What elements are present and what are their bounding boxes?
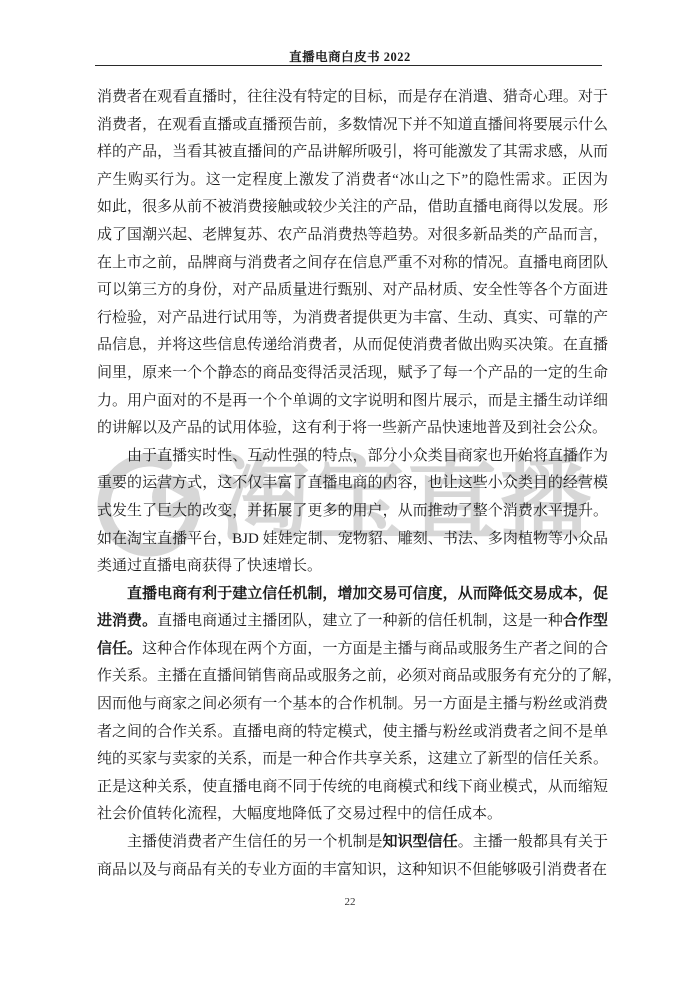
text-segment-bold: 知识型信任 (383, 834, 458, 850)
text-segment: 商品以及与商品有关的专业方面的丰富知识，这种知识不但能够吸引消费者在 (97, 862, 607, 878)
text-line: 社会价值转化流程，大幅度地降低了交易过程中的信任成本。 (97, 801, 608, 829)
text-line: 由于直播实时性、互动性强的特点，部分小众类目商家也开始将直播作为 (97, 443, 608, 471)
text-segment: 消费者在观看直播时，往往没有特定的目标，而是存在消遣、猎奇心理。对于 (97, 89, 608, 105)
text-line: 信任。这种合作体现在两个方面，一方面是主播与商品或服务生产者之间的合 (97, 636, 608, 664)
text-segment: 品信息，并将这些信息传递给消费者，从而促使消费者做出购买决策。在直播 (97, 337, 608, 353)
text-segment: 重要的运营方式，这不仅丰富了直播电商的内容，也让这些小众类目的经营模 (97, 475, 608, 491)
text-segment-bold: 进消费。 (97, 613, 157, 629)
text-line: 商品以及与商品有关的专业方面的丰富知识，这种知识不但能够吸引消费者在 (97, 857, 608, 885)
text-line: 行检验，对产品进行试用等，为消费者提供更为丰富、生动、真实、可靠的产 (97, 305, 608, 333)
text-line: 力。用户面对的不是再一个个单调的文字说明和图片展示，而是主播生动详细 (97, 388, 608, 416)
document-page: 淘宝直播 直播电商白皮书 2022 消费者在观看直播时，往往没有特定的目标，而是… (0, 0, 700, 990)
text-segment: 成了国潮兴起、老牌复苏、农产品消费热等趋势。对很多新品类的产品而言， (97, 227, 608, 243)
text-line: 品信息，并将这些信息传递给消费者，从而促使消费者做出购买决策。在直播 (97, 332, 608, 360)
text-segment: 主播使消费者产生信任的另一个机制是 (127, 834, 383, 850)
text-segment: 直播电商通过主播团队，建立了一种新的信任机制，这是一种 (157, 613, 563, 629)
text-segment: 这种合作体现在两个方面，一方面是主播与商品或服务生产者之间的合 (142, 641, 608, 657)
text-line: 如此，很多从前不被消费接触或较少关注的产品，借助直播电商得以发展。形 (97, 194, 608, 222)
text-segment: 社会价值转化流程，大幅度地降低了交易过程中的信任成本。 (97, 806, 502, 822)
text-segment: 者之间的合作关系。直播电商的特定模式，使主播与粉丝或消费者之间不是单 (97, 724, 608, 740)
header-rule (95, 65, 602, 66)
text-segment: 如此，很多从前不被消费接触或较少关注的产品，借助直播电商得以发展。形 (97, 199, 608, 215)
text-line: 者之间的合作关系。直播电商的特定模式，使主播与粉丝或消费者之间不是单 (97, 719, 608, 747)
text-line: 主播使消费者产生信任的另一个机制是知识型信任。主播一般都具有关于 (97, 829, 608, 857)
text-line: 消费者，在观看直播或直播预告前，多数情况下并不知道直播间将要展示什么 (97, 112, 608, 140)
text-segment: 由于直播实时性、互动性强的特点，部分小众类目商家也开始将直播作为 (127, 448, 608, 464)
text-line: 正是这种关系，使直播电商不同于传统的电商模式和线下商业模式，从而缩短 (97, 774, 608, 802)
text-line: 重要的运营方式，这不仅丰富了直播电商的内容，也让这些小众类目的经营模 (97, 470, 608, 498)
text-segment: 产生购买行为。这一定程度上激发了消费者“冰山之下”的隐性需求。正因为 (97, 172, 608, 188)
text-line: 间里，原来一个个静态的商品变得活灵活现，赋予了每一个产品的一定的生命 (97, 360, 608, 388)
text-line: 因而他与商家之间必须有一个基本的合作机制。另一方面是主播与粉丝或消费 (97, 691, 608, 719)
text-segment: 因而他与商家之间必须有一个基本的合作机制。另一方面是主播与粉丝或消费 (97, 696, 608, 712)
header-title: 直播电商白皮书 2022 (0, 47, 700, 65)
text-segment: 。主播一般都具有关于 (458, 834, 608, 850)
text-segment-bold: 直播电商有利于建立信任机制，增加交易可信度，从而降低交易成本，促 (127, 586, 608, 602)
text-line: 直播电商有利于建立信任机制，增加交易可信度，从而降低交易成本，促 (97, 581, 608, 609)
text-segment-bold: 信任。 (97, 641, 142, 657)
text-segment: 样的产品，当看其被直播间的产品讲解所吸引，将可能激发了其需求感，从而 (97, 144, 608, 160)
text-line: 类通过直播电商获得了快速增长。 (97, 553, 608, 581)
text-segment: 正是这种关系，使直播电商不同于传统的电商模式和线下商业模式，从而缩短 (97, 779, 608, 795)
text-segment: 作关系。主播在直播间销售商品或服务之前，必须对商品或服务有充分的了解， (97, 668, 622, 684)
text-segment: 式发生了巨大的改变，并拓展了更多的用户，从而推动了整个消费水平提升。 (97, 503, 608, 519)
text-line: 进消费。直播电商通过主播团队，建立了一种新的信任机制，这是一种合作型 (97, 608, 608, 636)
text-line: 消费者在观看直播时，往往没有特定的目标，而是存在消遣、猎奇心理。对于 (97, 84, 608, 112)
text-segment: 如在淘宝直播平台，BJD 娃娃定制、宠物貂、雕刻、书法、多肉植物等小众品 (97, 531, 608, 547)
text-line: 成了国潮兴起、老牌复苏、农产品消费热等趋势。对很多新品类的产品而言， (97, 222, 608, 250)
text-segment: 力。用户面对的不是再一个个单调的文字说明和图片展示，而是主播生动详细 (97, 393, 608, 409)
text-line: 可以第三方的身份，对产品质量进行甄别、对产品材质、安全性等各个方面进 (97, 277, 608, 305)
text-segment: 消费者，在观看直播或直播预告前，多数情况下并不知道直播间将要展示什么 (97, 117, 608, 133)
text-line: 在上市之前，品牌商与消费者之间存在信息严重不对称的情况。直播电商团队 (97, 250, 608, 278)
text-line: 产生购买行为。这一定程度上激发了消费者“冰山之下”的隐性需求。正因为 (97, 167, 608, 195)
text-line: 式发生了巨大的改变，并拓展了更多的用户，从而推动了整个消费水平提升。 (97, 498, 608, 526)
text-segment: 在上市之前，品牌商与消费者之间存在信息严重不对称的情况。直播电商团队 (97, 255, 608, 271)
text-line: 纯的买家与卖家的关系，而是一种合作共享关系，这建立了新型的信任关系。 (97, 746, 608, 774)
text-segment-bold: 合作型 (563, 613, 608, 629)
text-segment: 间里，原来一个个静态的商品变得活灵活现，赋予了每一个产品的一定的生命 (97, 365, 608, 381)
text-segment: 可以第三方的身份，对产品质量进行甄别、对产品材质、安全性等各个方面进 (97, 282, 608, 298)
text-segment: 行检验，对产品进行试用等，为消费者提供更为丰富、生动、真实、可靠的产 (97, 310, 608, 326)
page-number: 22 (0, 896, 700, 908)
text-segment: 类通过直播电商获得了快速增长。 (97, 558, 322, 574)
text-line: 如在淘宝直播平台，BJD 娃娃定制、宠物貂、雕刻、书法、多肉植物等小众品 (97, 526, 608, 554)
text-line: 的讲解以及产品的试用体验，这有利于将一些新产品快速地普及到社会公众。 (97, 415, 608, 443)
text-segment: 的讲解以及产品的试用体验，这有利于将一些新产品快速地普及到社会公众。 (97, 420, 607, 436)
text-line: 作关系。主播在直播间销售商品或服务之前，必须对商品或服务有充分的了解， (97, 663, 608, 691)
text-line: 样的产品，当看其被直播间的产品讲解所吸引，将可能激发了其需求感，从而 (97, 139, 608, 167)
body-text: 消费者在观看直播时，往往没有特定的目标，而是存在消遣、猎奇心理。对于消费者，在观… (97, 84, 608, 884)
text-segment: 纯的买家与卖家的关系，而是一种合作共享关系，这建立了新型的信任关系。 (97, 751, 608, 767)
